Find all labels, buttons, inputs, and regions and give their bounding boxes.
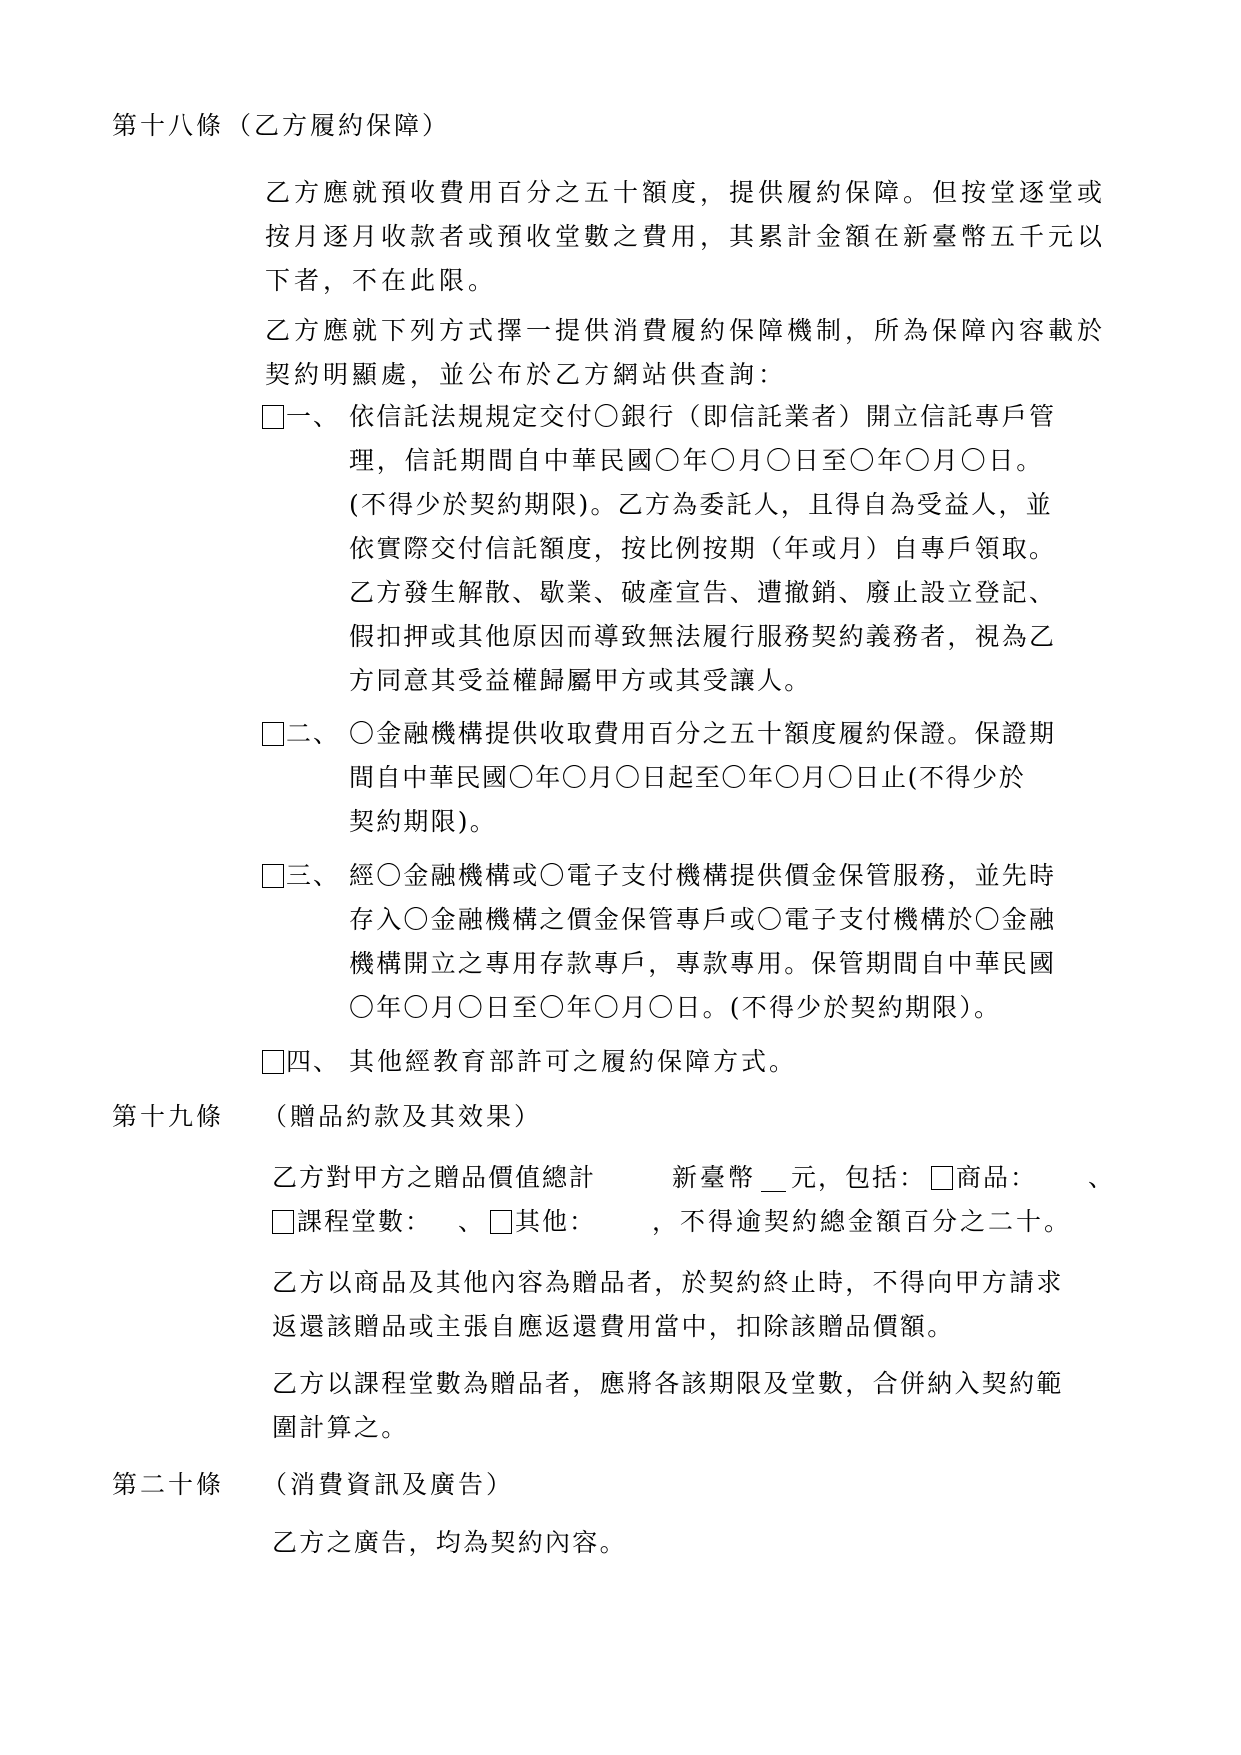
currency-label: 新臺幣 [672, 1163, 756, 1193]
option-line: 乙方發生解散、歇業、破產宣告、遭撤銷、廢止設立登記、 [349, 578, 1056, 608]
goods-label: 商品： [956, 1163, 1037, 1193]
option-line: (不得少於契約期限)。乙方為委託人，且得自為受益人，並 [349, 490, 1053, 520]
option-line: 其他經教育部許可之履約保障方式。 [349, 1047, 797, 1077]
article-title: （贈品約款及其效果） [262, 1102, 542, 1132]
option-line: 假扣押或其他原因而導致無法履行服務契約義務者，視為乙 [349, 622, 1056, 652]
lessons-label: 課程堂數： [297, 1207, 432, 1237]
other-checkbox[interactable] [490, 1210, 512, 1234]
paragraph-line: 乙方應就下列方式擇一提供消費履約保障機制，所為保障內容載於 [265, 316, 1106, 346]
amount-blank[interactable]: __ [761, 1163, 786, 1193]
option-line: 依實際交付信託額度，按比例按期（年或月）自專戶領取。 [349, 534, 1056, 564]
option-1-checkbox[interactable] [262, 405, 284, 429]
paragraph-line: 契約明顯處，並公布於乙方網站供查詢： [265, 360, 787, 390]
article-number: 第二十條 [112, 1470, 224, 1500]
option-line: 機構開立之專用存款專戶，專款專用。保管期間自中華民國 [349, 949, 1056, 979]
option-line: 契約期限)。 [349, 807, 497, 837]
option-label: 二、 [286, 719, 340, 749]
option-label: 一、 [286, 402, 340, 432]
article-title: （消費資訊及廣告） [262, 1470, 514, 1500]
option-line: 〇金融機構提供收取費用百分之五十額度履約保證。保證期 [349, 719, 1056, 749]
paragraph-line: 乙方應就預收費用百分之五十額度，提供履約保障。但按堂逐堂或 [265, 178, 1106, 208]
option-4-checkbox[interactable] [262, 1050, 284, 1074]
article-number: 第十九條 [112, 1102, 224, 1132]
option-line: 經〇金融機構或〇電子支付機構提供價金保管服務，並先時 [349, 861, 1056, 891]
document-page: 第十八條 （乙方履約保障） 乙方應就預收費用百分之五十額度，提供履約保障。但按堂… [0, 0, 1241, 1755]
paragraph-line: 下者，不在此限。 [265, 266, 497, 296]
separator: 、 [458, 1207, 483, 1237]
unit-text: 元，包括： [791, 1163, 926, 1193]
option-line: 依信託法規規定交付〇銀行（即信託業者）開立信託專戶管 [349, 402, 1056, 432]
paragraph-line: 乙方以課程堂數為贈品者，應將各該期限及堂數，合併納入契約範 [272, 1369, 1064, 1399]
lessons-checkbox[interactable] [272, 1210, 294, 1234]
article-title: （乙方履約保障） [226, 111, 450, 141]
goods-checkbox[interactable] [931, 1166, 953, 1190]
option-label: 四、 [286, 1047, 340, 1077]
option-line: 方同意其受益權歸屬甲方或其受讓人。 [349, 666, 811, 696]
paragraph-line: 乙方以商品及其他內容為贈品者，於契約終止時，不得向甲方請求 [272, 1268, 1064, 1298]
paragraph-line: 乙方之廣告，均為契約內容。 [272, 1528, 627, 1558]
option-line: 理，信託期間自中華民國〇年〇月〇日至〇年〇月〇日。 [349, 446, 1044, 476]
separator: 、 [1088, 1163, 1113, 1193]
option-label: 三、 [286, 861, 340, 891]
option-line: 存入〇金融機構之價金保管專戶或〇電子支付機構於〇金融 [349, 905, 1056, 935]
gift-suffix: ，不得逾契約總金額百分之二十。 [652, 1207, 1072, 1237]
option-line: 〇年〇月〇日至〇年〇月〇日。(不得少於契約期限）。 [349, 993, 1001, 1023]
paragraph-line: 圍計算之。 [272, 1413, 409, 1443]
option-2-checkbox[interactable] [262, 722, 284, 746]
other-label: 其他： [515, 1207, 596, 1237]
article-number: 第十八條 [112, 111, 224, 141]
option-line: 間自中華民國〇年〇月〇日起至〇年〇月〇日止(不得少於 [349, 763, 1025, 793]
gift-prefix: 乙方對甲方之贈品價值總計 [272, 1163, 596, 1193]
option-3-checkbox[interactable] [262, 864, 284, 888]
paragraph-line: 返還該贈品或主張自應返還費用當中，扣除該贈品價額。 [272, 1312, 955, 1342]
paragraph-line: 按月逐月收款者或預收堂數之費用，其累計金額在新臺幣五千元以 [265, 222, 1106, 252]
